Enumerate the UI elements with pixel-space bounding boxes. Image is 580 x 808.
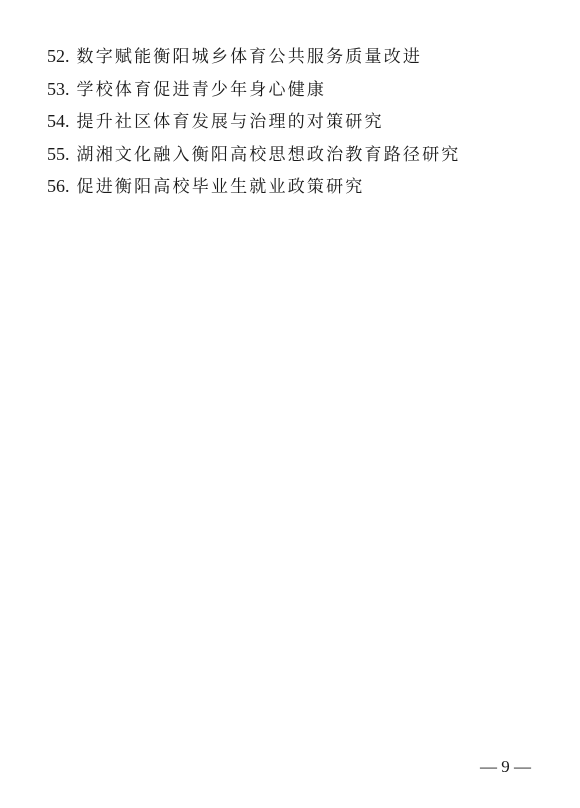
item-text: 促进衡阳高校毕业生就业政策研究 xyxy=(77,177,365,197)
document-page: 52.数字赋能衡阳城乡体育公共服务质量改进 53.学校体育促进青少年身心健康 5… xyxy=(0,0,580,808)
item-text: 湖湘文化融入衡阳高校思想政治教育路径研究 xyxy=(77,145,461,165)
item-number: 55. xyxy=(47,144,70,164)
list-item: 56.促进衡阳高校毕业生就业政策研究 xyxy=(47,170,461,203)
item-number: 53. xyxy=(47,79,70,99)
item-text: 数字赋能衡阳城乡体育公共服务质量改进 xyxy=(77,47,423,67)
item-text: 提升社区体育发展与治理的对策研究 xyxy=(77,112,384,132)
list-item: 54.提升社区体育发展与治理的对策研究 xyxy=(47,105,461,138)
item-number: 52. xyxy=(47,46,70,66)
item-number: 54. xyxy=(47,111,70,131)
list-item: 53.学校体育促进青少年身心健康 xyxy=(47,73,461,106)
list-item: 55.湖湘文化融入衡阳高校思想政治教育路径研究 xyxy=(47,138,461,171)
topic-list: 52.数字赋能衡阳城乡体育公共服务质量改进 53.学校体育促进青少年身心健康 5… xyxy=(47,40,461,203)
item-text: 学校体育促进青少年身心健康 xyxy=(77,80,327,100)
item-number: 56. xyxy=(47,176,70,196)
page-number: — 9 — xyxy=(480,757,531,777)
list-item: 52.数字赋能衡阳城乡体育公共服务质量改进 xyxy=(47,40,461,73)
